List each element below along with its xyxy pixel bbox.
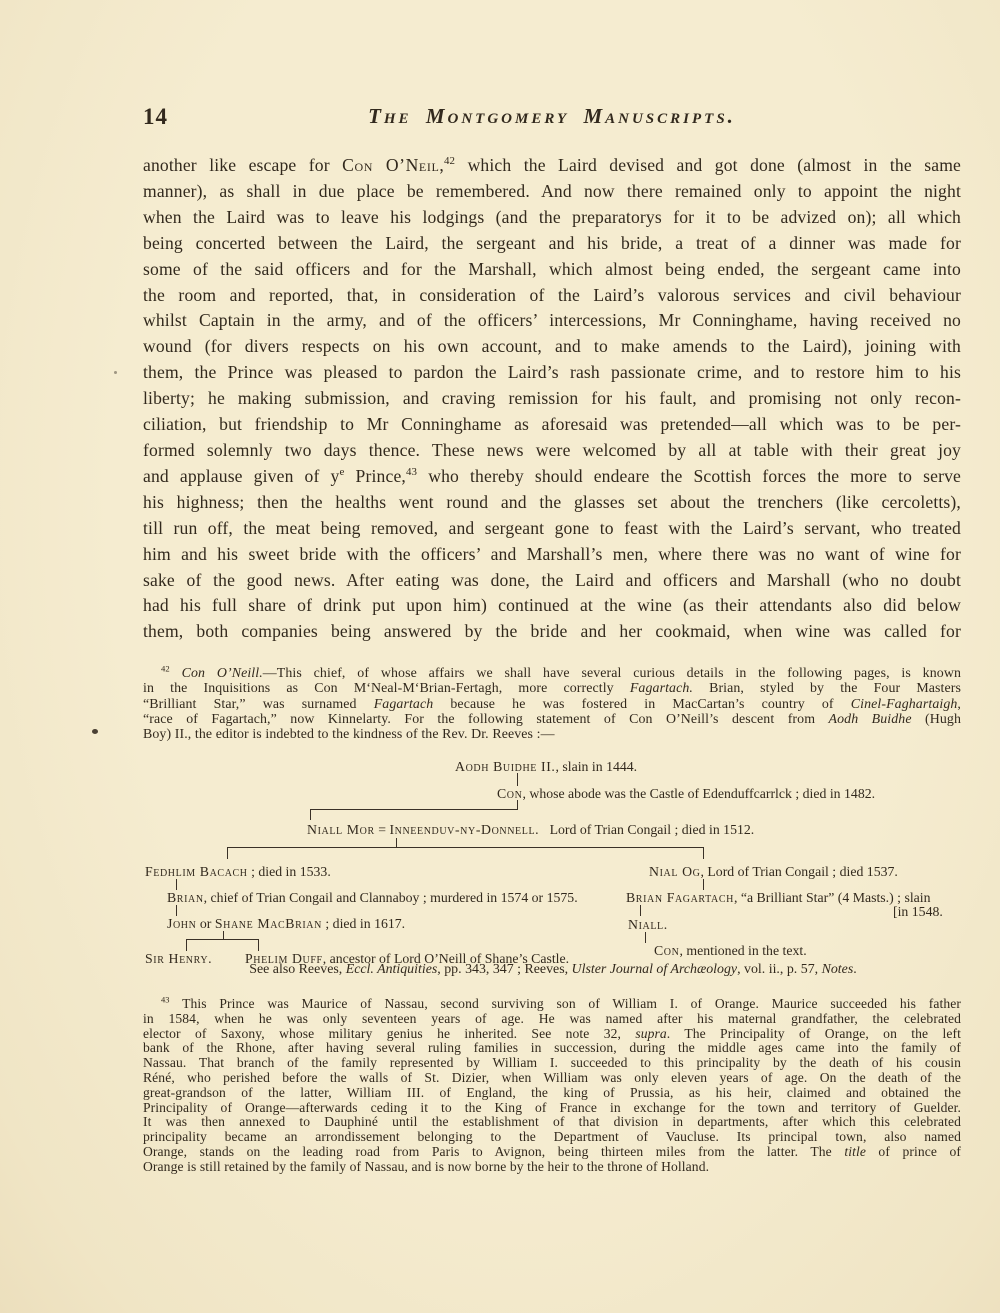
- body-text: another like escape for Con O’Neil,42 wh…: [143, 153, 961, 645]
- text-line: elector of Saxony, whose military genius…: [143, 1027, 961, 1042]
- text-line: some of the said officers and for the Ma…: [143, 257, 961, 283]
- text-line: liberty; he making submission, and cravi…: [143, 386, 961, 412]
- text-line: Réné, who perished before the walls of S…: [143, 1071, 961, 1086]
- tree-node-brian-left: Brian, chief of Trian Congail and Clanna…: [167, 890, 578, 906]
- tree-connector: [186, 939, 187, 951]
- tree-connector: [227, 847, 228, 859]
- paper-speck: [114, 371, 117, 374]
- text-line: manner), as shall in due place be rememb…: [143, 179, 961, 205]
- tree-node-brian-fagartach-continuation: [in 1548.: [893, 904, 943, 920]
- tree-node-brian-fagartach: Brian Fagartach, “a Brilliant Star” (4 M…: [626, 890, 931, 906]
- text-line: Orange, stands on the leading road from …: [143, 1145, 961, 1160]
- scanned-book-page: 14 The Montgomery Manuscripts. another l…: [0, 0, 1000, 1313]
- text-line: them, the Prince was pleased to pardon t…: [143, 360, 961, 386]
- paper-speck: [92, 729, 98, 734]
- see-also-reference: See also Reeves, Eccl. Antiquities, pp. …: [143, 962, 963, 978]
- tree-node-niall-mor: Niall Mor = Inneenduv-ny-Donnell. Lord o…: [307, 822, 754, 838]
- tree-connector: [640, 905, 641, 916]
- tree-node-niall-2: Niall.: [628, 917, 668, 933]
- text-line: had his full share of drink put upon him…: [143, 593, 961, 619]
- tree-node-con-2: Con, mentioned in the text.: [654, 943, 807, 959]
- text-line: It was then annexed to Dauphiné until th…: [143, 1115, 961, 1130]
- text-line: in 1584, when he was only seventeen year…: [143, 1012, 961, 1027]
- text-line: “Brilliant Star,” was surnamed Fagartach…: [143, 697, 961, 712]
- tree-connector: [310, 809, 311, 820]
- text-line: formed solemnly two days thence. These n…: [143, 438, 961, 464]
- tree-connector: [227, 847, 704, 848]
- tree-node-nial-og: Nial Og, Lord of Trian Congail ; died 15…: [649, 864, 898, 880]
- tree-connector: [517, 773, 518, 786]
- tree-connector: [310, 809, 518, 810]
- tree-connector: [186, 939, 259, 940]
- tree-connector: [703, 879, 704, 890]
- tree-connector: [258, 939, 259, 951]
- text-line: his highness; then the healths went roun…: [143, 490, 961, 516]
- text-line: 42 Con O’Neill.—This chief, of whose aff…: [143, 666, 961, 681]
- tree-connector: [645, 932, 646, 943]
- text-line: being concerted between the Laird, the s…: [143, 231, 961, 257]
- text-line: whilst Captain in the army, and of the o…: [143, 308, 961, 334]
- text-line: ciliation, but friendship to Mr Conningh…: [143, 412, 961, 438]
- text-line: and applause given of ye Prince,43 who t…: [143, 464, 961, 490]
- text-line: Boy) II., the editor is indebted to the …: [143, 727, 961, 742]
- footnote-43: 43 This Prince was Maurice of Nassau, se…: [143, 997, 961, 1175]
- text-line: the room and reported, that, in consider…: [143, 283, 961, 309]
- text-line: in the Inquisitions as Con M‘Neal-M‘Bria…: [143, 681, 961, 696]
- text-line: Orange is still retained by the family o…: [143, 1160, 961, 1175]
- text-line: when the Laird was to leave his lodgings…: [143, 205, 961, 231]
- tree-connector: [703, 847, 704, 859]
- running-header: The Montgomery Manuscripts.: [143, 104, 961, 129]
- text-line: them, both companies being answered by t…: [143, 619, 961, 645]
- text-line: sake of the good news. After eating was …: [143, 568, 961, 594]
- tree-node-con-1: Con, whose abode was the Castle of Edend…: [497, 786, 875, 802]
- tree-node-john-shane: John or Shane MacBrian ; died in 1617.: [167, 916, 405, 932]
- tree-connector: [176, 905, 177, 916]
- text-line: another like escape for Con O’Neil,42 wh…: [143, 153, 961, 179]
- tree-connector: [176, 879, 177, 890]
- text-line: principality became an arrondissement be…: [143, 1130, 961, 1145]
- text-line: 43 This Prince was Maurice of Nassau, se…: [143, 997, 961, 1012]
- tree-node-aodh-buidhe: Aodh Buidhe II., slain in 1444.: [455, 759, 637, 775]
- text-line: him and his sweet bride with the officer…: [143, 542, 961, 568]
- text-line: Nassau. That branch of the family repres…: [143, 1056, 961, 1071]
- text-line: bank of the Rhone, after having several …: [143, 1041, 961, 1056]
- tree-node-fedhlim-bacach: Fedhlim Bacach ; died in 1533.: [145, 864, 331, 880]
- text-line: “race of Fagartach,” now Kinnelarty. For…: [143, 712, 961, 727]
- text-line: Principality of Orange—afterwards ceding…: [143, 1101, 961, 1116]
- text-line: wound (for divers respects on his own ac…: [143, 334, 961, 360]
- text-line: great-grandson of the latter, William II…: [143, 1086, 961, 1101]
- footnote-42: 42 Con O’Neill.—This chief, of whose aff…: [143, 666, 961, 742]
- text-line: till run off, the meat being removed, an…: [143, 516, 961, 542]
